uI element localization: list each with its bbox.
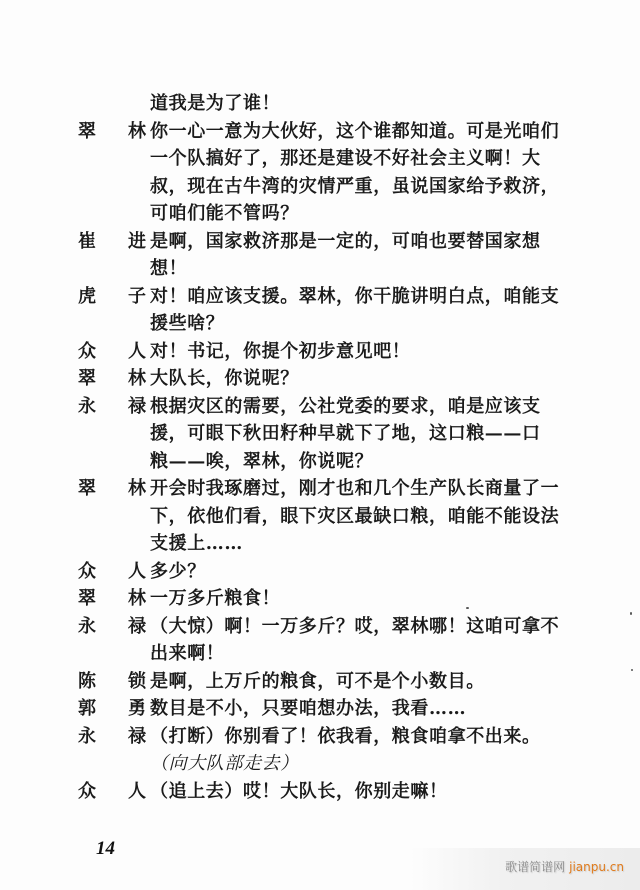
scan-speck xyxy=(631,669,633,671)
speech-text: 对！咱应该支援。翠林，你干脆讲明白点，咱能支 xyxy=(150,283,590,311)
script-line: 支援上…… xyxy=(78,530,598,558)
script-line: 叔，现在古牛湾的灾情严重，虽说国家给予救济， xyxy=(78,173,598,201)
script-line: 翠林大队长，你说呢？ xyxy=(78,365,598,393)
speaker-name: 翠林 xyxy=(78,475,146,503)
script-line: 一个队搞好了，那还是建设不好社会主义啊！大 xyxy=(78,145,598,173)
speech-text: 大队长，你说呢？ xyxy=(150,365,590,393)
speech-text: 叔，现在古牛湾的灾情严重，虽说国家给予救济， xyxy=(150,173,590,201)
speaker-name: 陈锁 xyxy=(78,668,146,696)
speaker-name: 众人 xyxy=(78,558,146,586)
speech-text: 援，可眼下秋田籽种早就下了地，这口粮——口 xyxy=(150,420,590,448)
speech-text: 下，依他们看，眼下灾区最缺口粮，咱能不能设法 xyxy=(150,503,590,531)
speaker-name: 郭勇 xyxy=(78,695,146,723)
speech-text: 对！书记，你提个初步意见吧！ xyxy=(150,338,590,366)
speech-text: 是啊，国家救济那是一定的，可咱也要替国家想 xyxy=(150,228,590,256)
speaker-name: 虎子 xyxy=(78,283,146,311)
script-line: 翠林一万多斤粮食！ xyxy=(78,585,598,613)
watermark-domain: jianpu.cn xyxy=(569,860,624,874)
speaker-name: 众人 xyxy=(78,338,146,366)
script-line: 下，依他们看，眼下灾区最缺口粮，咱能不能设法 xyxy=(78,503,598,531)
script-line: 崔进是啊，国家救济那是一定的，可咱也要替国家想 xyxy=(78,228,598,256)
script-line: 陈锁是啊，上万斤的粮食，可不是个小数目。 xyxy=(78,668,598,696)
scan-speck xyxy=(466,607,469,609)
watermark-site-name: 歌谱简谱网 xyxy=(505,860,565,874)
speaker-name: 永禄 xyxy=(78,393,146,421)
scanned-script-page: 道我是为了谁！ 翠林你一心一意为大伙好，这个谁都知道。可是光咱们 一个队搞好了，… xyxy=(0,0,640,890)
speech-text: 开会时我琢磨过，刚才也和几个生产队长商量了一 xyxy=(150,475,590,503)
speech-text: 是啊，上万斤的粮食，可不是个小数目。 xyxy=(150,668,590,696)
speaker-name: 崔进 xyxy=(78,228,146,256)
speech-text: 道我是为了谁！ xyxy=(150,90,590,118)
script-line: 道我是为了谁！ xyxy=(78,90,598,118)
stage-direction-line: （向大队部走去） xyxy=(78,750,598,778)
script-line: 粮——唉，翠林，你说呢？ xyxy=(78,448,598,476)
script-line: 永禄（打断）你别看了！依我看，粮食咱拿不出来。 xyxy=(78,723,598,751)
script-line: 永禄（大惊）啊！一万多斤？哎，翠林哪！这咱可拿不 xyxy=(78,613,598,641)
speech-text: 数目是不小，只要咱想办法，我看…… xyxy=(150,695,590,723)
speech-text: （追上去）哎！大队长，你别走嘛！ xyxy=(150,778,590,806)
script-line: 出来啊！ xyxy=(78,640,598,668)
speech-text: 一万多斤粮食！ xyxy=(150,585,590,613)
script-line: 援，可眼下秋田籽种早就下了地，这口粮——口 xyxy=(78,420,598,448)
script-line: 郭勇数目是不小，只要咱想办法，我看…… xyxy=(78,695,598,723)
speech-text: 一个队搞好了，那还是建设不好社会主义啊！大 xyxy=(150,145,590,173)
speaker-name: 翠林 xyxy=(78,118,146,146)
speech-text: 支援上…… xyxy=(150,530,590,558)
speech-text: 援些啥？ xyxy=(150,310,590,338)
speaker-name: 翠林 xyxy=(78,585,146,613)
stage-direction-text: （向大队部走去） xyxy=(150,750,590,778)
script-line: 众人对！书记，你提个初步意见吧！ xyxy=(78,338,598,366)
speech-text: （打断）你别看了！依我看，粮食咱拿不出来。 xyxy=(150,723,590,751)
watermark-text: 歌谱简谱网jianpu.cn xyxy=(505,858,624,875)
script-line: 想！ xyxy=(78,255,598,283)
script-dialogue: 道我是为了谁！ 翠林你一心一意为大伙好，这个谁都知道。可是光咱们 一个队搞好了，… xyxy=(78,90,598,805)
speaker-name: 永禄 xyxy=(78,723,146,751)
speech-text: 多少？ xyxy=(150,558,590,586)
speech-text: 想！ xyxy=(150,255,590,283)
page-number: 14 xyxy=(96,838,115,860)
speaker-name: 众人 xyxy=(78,778,146,806)
speaker-name: 翠林 xyxy=(78,365,146,393)
script-line: 众人（追上去）哎！大队长，你别走嘛！ xyxy=(78,778,598,806)
script-line: 可咱们能不管吗？ xyxy=(78,200,598,228)
speech-text: 可咱们能不管吗？ xyxy=(150,200,590,228)
script-line: 永禄根据灾区的需要，公社党委的要求，咱是应该支 xyxy=(78,393,598,421)
speaker-name: 永禄 xyxy=(78,613,146,641)
script-line: 虎子对！咱应该支援。翠林，你干脆讲明白点，咱能支 xyxy=(78,283,598,311)
scan-speck xyxy=(630,612,632,615)
speech-text: （大惊）啊！一万多斤？哎，翠林哪！这咱可拿不 xyxy=(150,613,590,641)
site-watermark: 歌谱简谱网jianpu.cn xyxy=(410,848,640,890)
script-line: 众人多少？ xyxy=(78,558,598,586)
script-line: 翠林开会时我琢磨过，刚才也和几个生产队长商量了一 xyxy=(78,475,598,503)
script-line: 援些啥？ xyxy=(78,310,598,338)
speech-text: 根据灾区的需要，公社党委的要求，咱是应该支 xyxy=(150,393,590,421)
speech-text: 出来啊！ xyxy=(150,640,590,668)
speech-text: 你一心一意为大伙好，这个谁都知道。可是光咱们 xyxy=(150,118,590,146)
speech-text: 粮——唉，翠林，你说呢？ xyxy=(150,448,590,476)
script-line: 翠林你一心一意为大伙好，这个谁都知道。可是光咱们 xyxy=(78,118,598,146)
